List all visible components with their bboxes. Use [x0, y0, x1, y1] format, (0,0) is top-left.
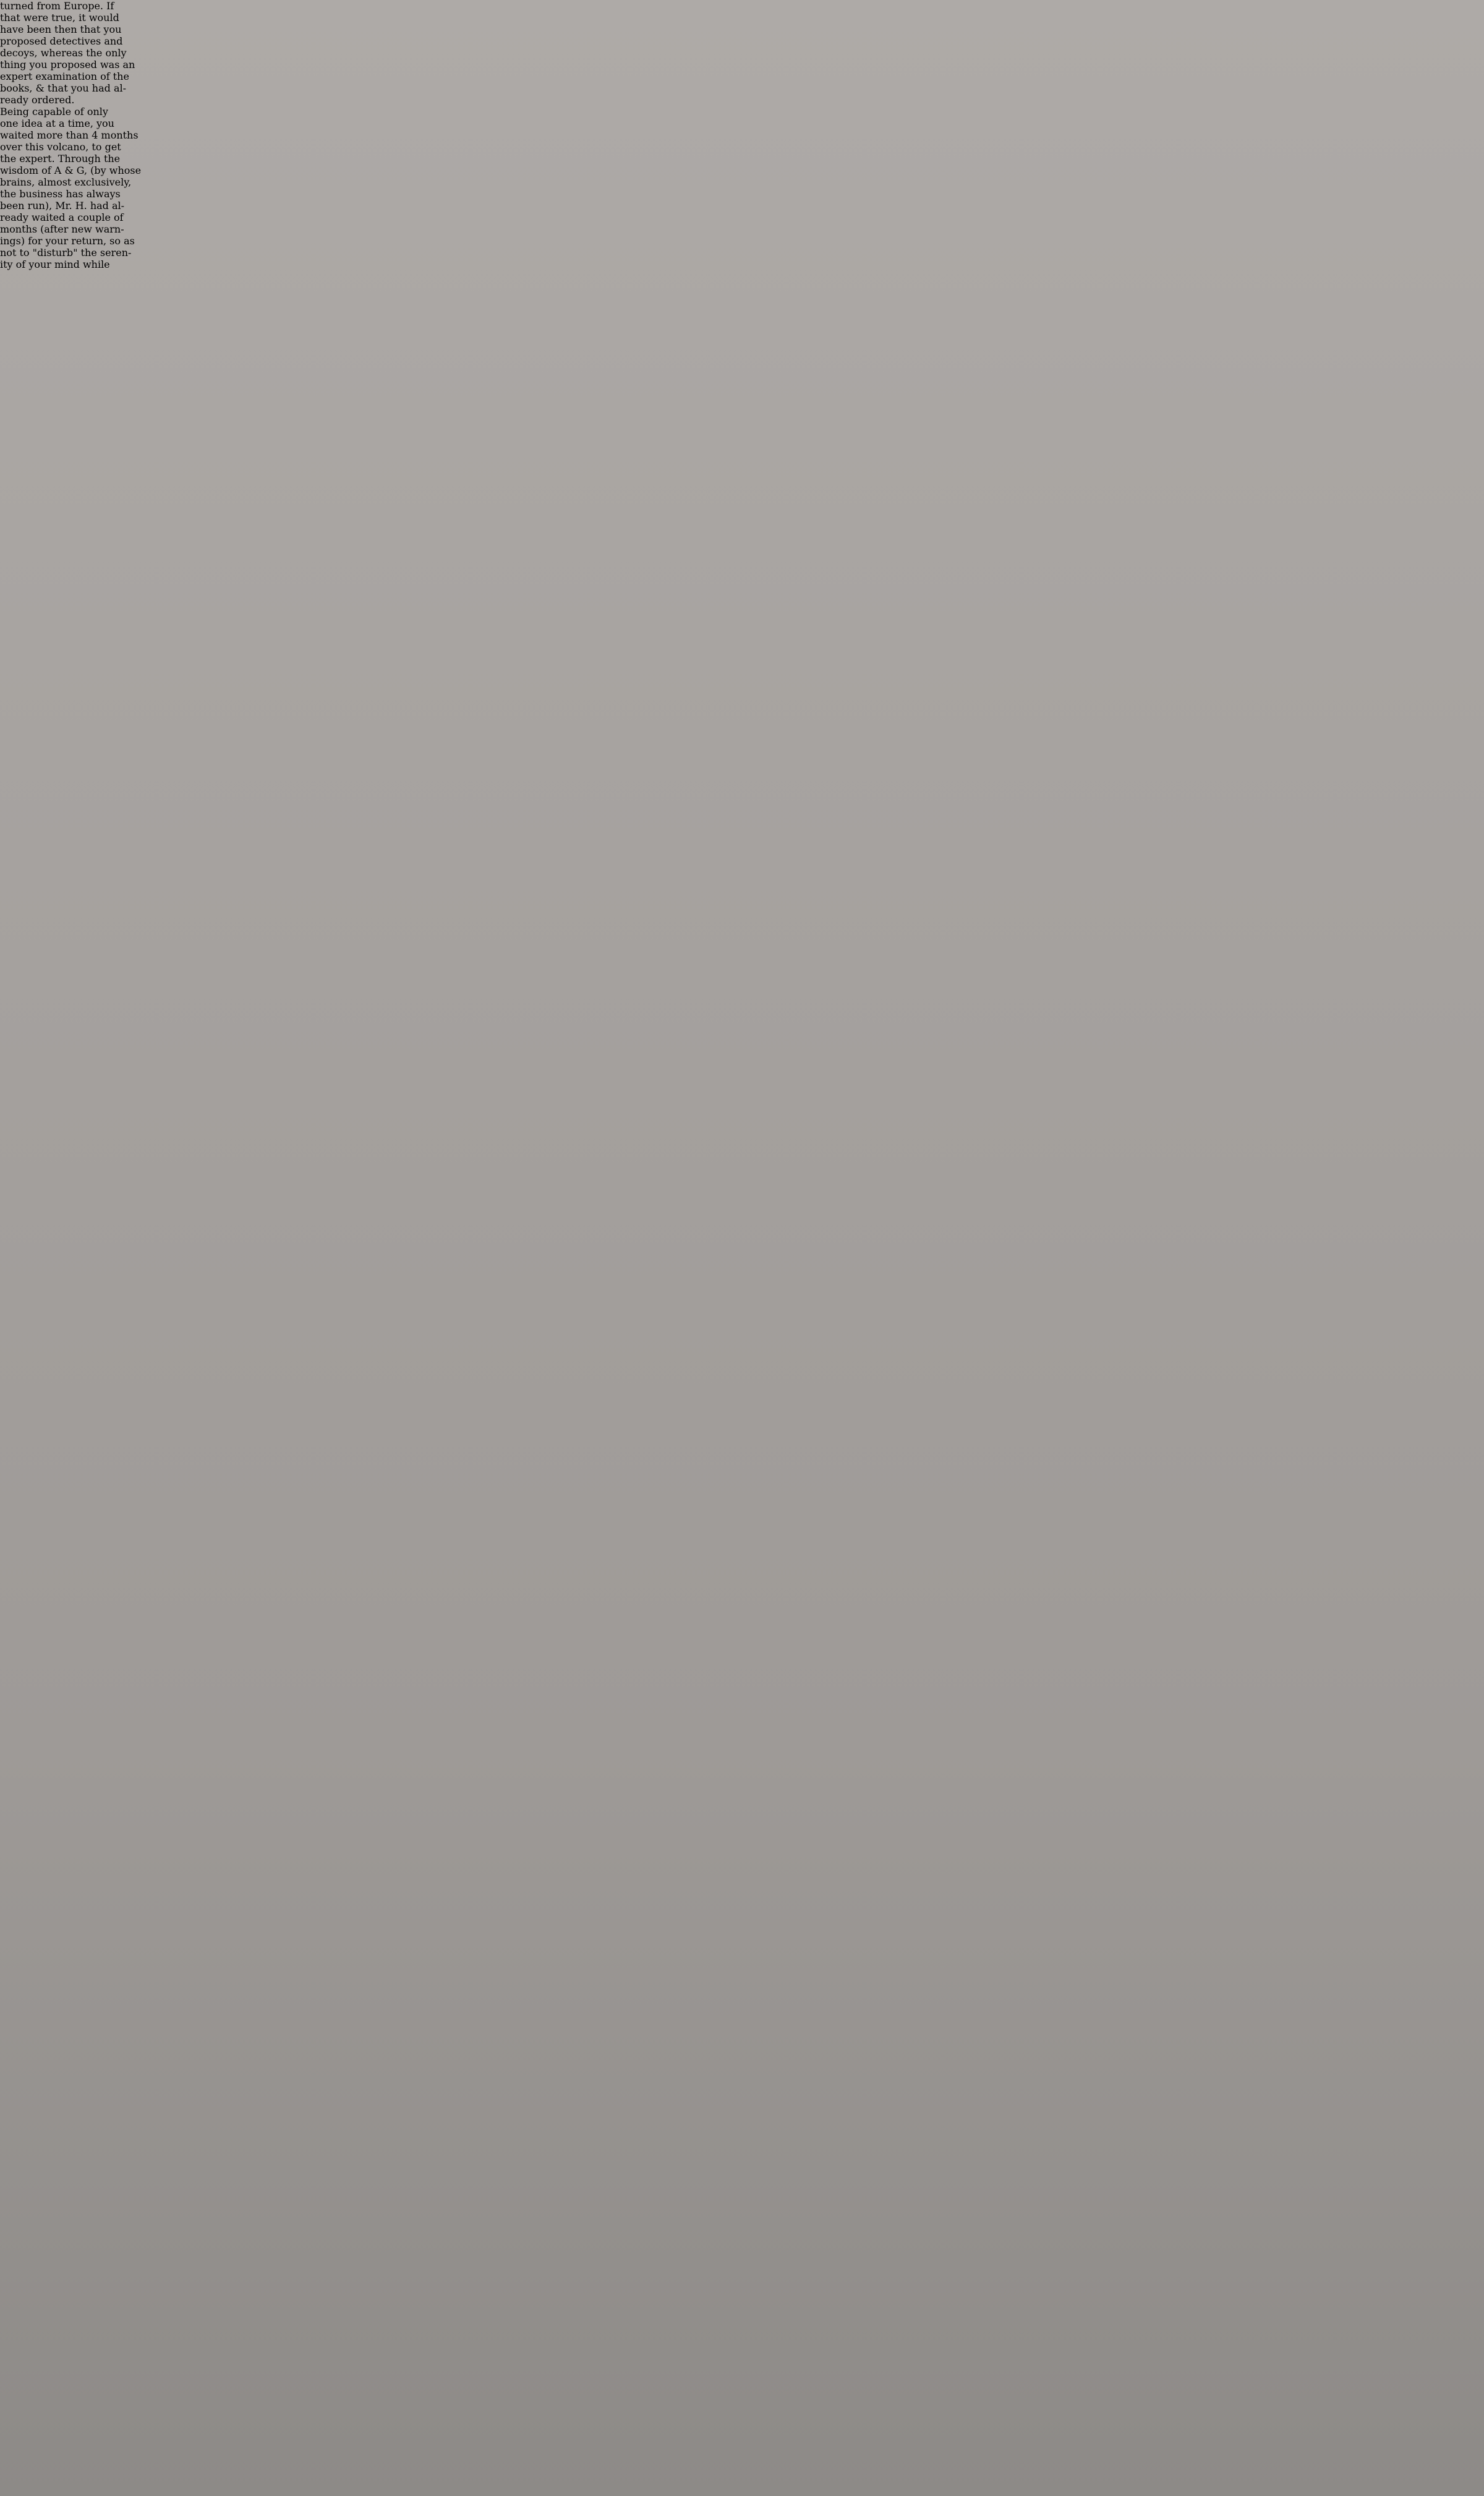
- underlined-word: only: [105, 47, 126, 59]
- line-text: that you: [77, 24, 122, 35]
- handwritten-line-11: one idea at a time, you: [0, 118, 1484, 129]
- handwritten-line-14: the expert. Through the: [0, 153, 1484, 165]
- handwritten-line-13: over this volcano, to get: [0, 141, 1484, 153]
- photograph-backdrop: { "manuscript": { "kind": "handwritten p…: [0, 0, 1484, 2496]
- line-text: you had al-: [68, 82, 126, 94]
- handwritten-line-20: months (after new warn-: [0, 223, 1484, 235]
- handwritten-line-18: been run), Mr. H. had al-: [0, 200, 1484, 212]
- line-text: turned from Europe. If: [0, 0, 114, 12]
- handwritten-line-2: that were true, it would: [0, 12, 1484, 24]
- line-text: that were true, it would: [0, 12, 119, 24]
- handwritten-line-19: ready waited a couple of: [0, 212, 1484, 223]
- handwritten-line-16: brains, almost exclusively,: [0, 176, 1484, 188]
- handwritten-line-15: wisdom of A & G, (by whose: [0, 165, 1484, 176]
- facing-page-strip: [0, 54, 59, 2451]
- handwritten-line-12: waited more than 4 months: [0, 129, 1484, 141]
- line-text: have been: [0, 24, 54, 35]
- handwritten-line-17: the business has always: [0, 188, 1484, 200]
- handwritten-line-4: proposed detectives and: [0, 35, 1484, 47]
- handwritten-line-7: expert examination of the: [0, 71, 1484, 82]
- handwritten-line-23: ity of your mind while: [0, 259, 1484, 270]
- notebook-page: turned from Europe. If that were true, i…: [0, 0, 1484, 270]
- handwriting-block: turned from Europe. If that were true, i…: [0, 0, 1484, 270]
- line-text: warn-: [92, 223, 124, 235]
- underlined-word: new: [71, 223, 92, 235]
- line-text: proposed detectives and: [0, 35, 122, 47]
- handwritten-line-6: thing you proposed was an: [0, 59, 1484, 71]
- underlined-word: then: [54, 24, 77, 35]
- handwritten-line-1: turned from Europe. If: [0, 0, 1484, 12]
- handwritten-line-21: ings) for your return, so as: [0, 235, 1484, 247]
- handwritten-line-22: not to "disturb" the seren-: [0, 247, 1484, 259]
- handwritten-line-9: ready ordered.: [0, 94, 1484, 106]
- handwritten-line-10: Being capable of only: [0, 106, 1484, 118]
- handwritten-line-8: books, & that you had al-: [0, 82, 1484, 94]
- handwritten-line-5: decoys, whereas the only: [0, 47, 1484, 59]
- handwritten-line-3: have been then that you: [0, 24, 1484, 35]
